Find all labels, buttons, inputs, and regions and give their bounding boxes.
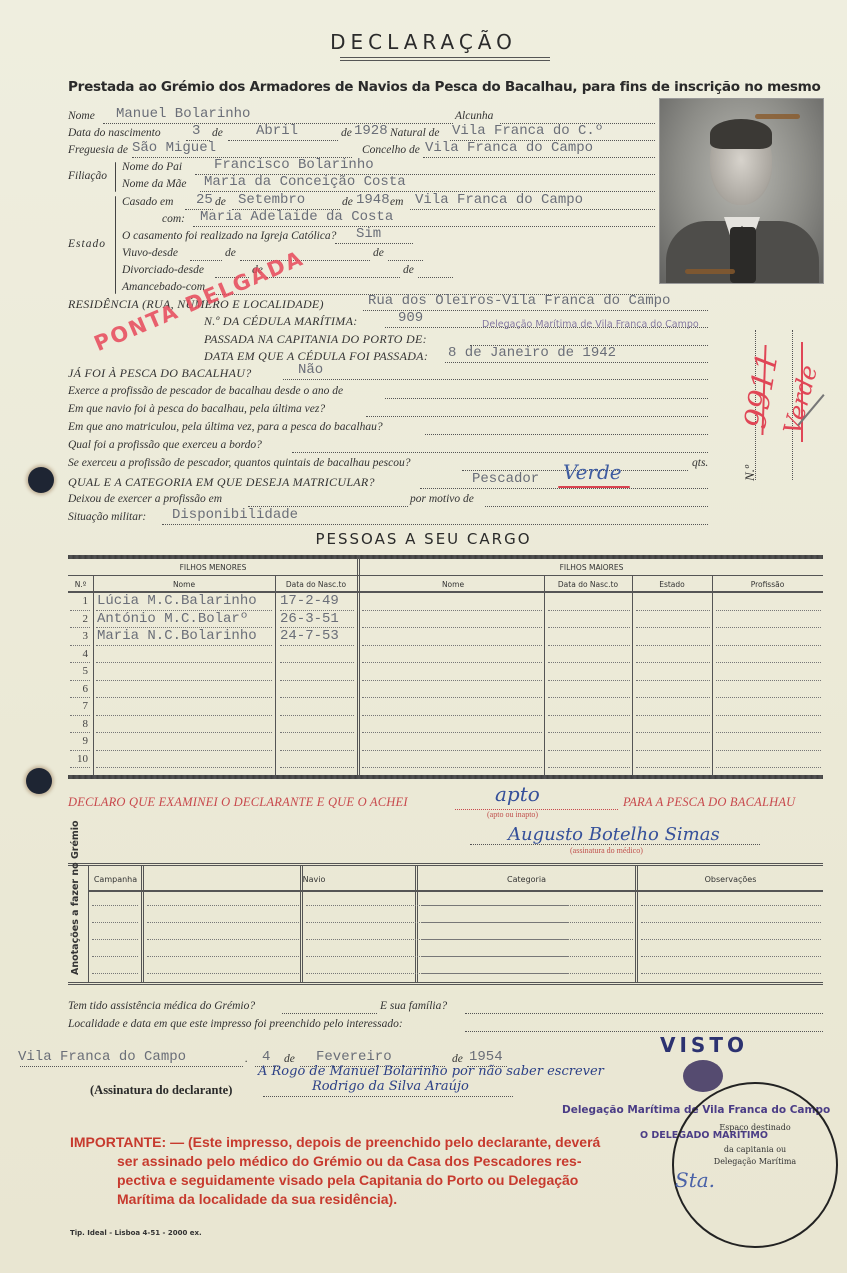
de-label: de [403, 264, 414, 276]
table-row-line[interactable] [636, 732, 710, 733]
table-row-line[interactable] [362, 645, 542, 646]
table-row-line[interactable] [362, 627, 542, 628]
freguesia-value: São Miguel [132, 140, 216, 156]
row-number: 10 [70, 753, 88, 765]
casado-dia: 25 [196, 192, 213, 208]
ja-foi-value: Não [298, 362, 323, 378]
assistencia-field[interactable] [282, 1000, 377, 1014]
militar-value: Disponibilidade [172, 507, 298, 523]
em-label: em [390, 196, 403, 208]
categoria-handwritten: Verde [563, 460, 622, 484]
table-row-line[interactable] [548, 627, 630, 628]
important-line: ser assinado pelo médico do Grémio ou da… [70, 1152, 660, 1171]
table-row-line[interactable] [548, 645, 630, 646]
natural-value: Vila Franca do C.º [452, 123, 603, 139]
form-subtitle: Prestada ao Grémio dos Armadores de Navi… [68, 79, 821, 95]
anotacao-row-line[interactable] [421, 956, 633, 957]
data-cedula-value: 8 de Janeiro de 1942 [448, 345, 616, 361]
familia-field[interactable] [465, 1000, 823, 1014]
table-row-line[interactable] [280, 680, 354, 681]
child-name: Lúcia M.C.Balarinho [97, 593, 257, 609]
anotacao-row-line[interactable] [92, 956, 138, 957]
anotacao-row-line[interactable] [641, 956, 821, 957]
punch-hole [28, 467, 54, 493]
red-underline [558, 486, 630, 488]
table-row-line[interactable] [636, 697, 710, 698]
table-row-line[interactable] [548, 610, 630, 611]
table-row-line[interactable] [362, 732, 542, 733]
table-row-line[interactable] [636, 645, 710, 646]
ano-field[interactable] [425, 421, 708, 435]
divorciado-label: Divorciado-desde [122, 264, 204, 276]
divorciado-ano-field[interactable] [418, 264, 453, 278]
separator: . [245, 1053, 248, 1065]
qts-label: qts. [692, 457, 708, 469]
table-row-line[interactable] [362, 680, 542, 681]
table-row-line[interactable] [548, 680, 630, 681]
col-divider [544, 575, 545, 775]
anotacao-row-line[interactable] [421, 939, 633, 940]
row-number: 5 [70, 665, 88, 677]
table-row-line[interactable] [70, 610, 90, 611]
bordo-label: Qual foi a profissão que exerceu a bordo… [68, 439, 262, 451]
igreja-value: Sim [356, 226, 381, 242]
table-row-line[interactable] [280, 715, 354, 716]
table-row-line[interactable] [280, 697, 354, 698]
table-row-line[interactable] [70, 697, 90, 698]
casado-label: Casado em [122, 196, 173, 208]
table-row-line[interactable] [70, 680, 90, 681]
navio-label: Em que navio foi à pesca do bacalhau, pe… [68, 403, 325, 415]
alcunha-label: Alcunha [455, 110, 493, 122]
de-label: de [341, 127, 352, 139]
delegado-signature: Sta. [675, 1168, 715, 1192]
categoria-label: QUAL E A CATEGORIA EM QUE DESEJA MATRICU… [68, 475, 375, 490]
table-row-line[interactable] [636, 767, 710, 768]
table-row-line[interactable] [548, 767, 630, 768]
pai-value: Francisco Bolarinho [214, 157, 374, 173]
table-row-line[interactable] [96, 715, 272, 716]
nascimento-label: Data do nascimento [68, 127, 161, 139]
concelho-value: Vila Franca do Campo [425, 140, 593, 156]
table-row-line[interactable] [96, 697, 272, 698]
motivo-field[interactable] [485, 493, 708, 507]
declarante-signature-line2: Rodrigo da Silva Araújo [312, 1079, 469, 1094]
table-row-line[interactable] [70, 645, 90, 646]
anotacao-row-line[interactable] [147, 956, 299, 957]
anotacao-row-line[interactable] [92, 922, 138, 923]
table-row-line[interactable] [96, 645, 272, 646]
ja-foi-label: JÁ FOI À PESCA DO BACALHAU? [68, 366, 252, 381]
table-row-line[interactable] [96, 680, 272, 681]
table-row-line[interactable] [636, 627, 710, 628]
nascimento-dia: 3 [192, 123, 200, 139]
title-underline [340, 57, 550, 61]
assistencia-label: Tem tido assistência médica do Grémio? [68, 1000, 255, 1012]
nome-value: Manuel Bolarinho [116, 106, 250, 122]
menores-title: FILHOS MENORES [68, 563, 358, 572]
estado-label: Estado [68, 238, 106, 250]
localidade-value-field[interactable] [20, 1053, 243, 1067]
table-row-line[interactable] [636, 662, 710, 663]
thick-rule [68, 775, 823, 779]
familia-label: E sua família? [380, 1000, 447, 1012]
motivo-label: por motivo de [410, 493, 474, 505]
espaco-line: da capitania ou [672, 1145, 838, 1154]
nome-label: Nome [68, 110, 95, 122]
maiores-title: FILHOS MAIORES [360, 563, 823, 572]
medico-signature-hint: (assinatura do médico) [570, 846, 643, 855]
anotacao-row-line[interactable] [147, 939, 299, 940]
mae-label: Nome da Mãe [122, 178, 187, 190]
filiacao-label: Filiação [68, 170, 107, 182]
table-row-line[interactable] [280, 732, 354, 733]
deixou-label: Deixou de exercer a profissão em [68, 493, 222, 505]
freguesia-label: Freguesia de [68, 144, 128, 156]
nascimento-mes: Abril [256, 123, 298, 139]
child-birthdate: 17-2-49 [280, 593, 339, 609]
row-number: 2 [70, 613, 88, 625]
anotacao-row-line[interactable] [641, 973, 821, 974]
table-row-line[interactable] [96, 767, 272, 768]
espaco-line: Delegação Marítima [672, 1157, 838, 1166]
navio-field[interactable] [366, 403, 708, 417]
table-row-line[interactable] [70, 715, 90, 716]
table-rule [68, 982, 823, 985]
anotacao-row-line[interactable] [421, 905, 633, 906]
militar-label: Situação militar: [68, 511, 146, 523]
anotacao-row-line[interactable] [92, 905, 138, 906]
table-row-line[interactable] [362, 662, 542, 663]
table-row-line[interactable] [70, 767, 90, 768]
ink-seal-blot [683, 1060, 723, 1092]
viuvo-ano-field[interactable] [388, 247, 423, 261]
child-name: Maria N.C.Bolarinho [97, 628, 257, 644]
row-number: 3 [70, 630, 88, 642]
quintais-label: Se exerceu a profissão de pescador, quan… [68, 457, 411, 469]
table-rule [88, 890, 823, 892]
com-value: Maria Adelaide da Costa [200, 209, 393, 225]
table-row-line[interactable] [636, 680, 710, 681]
table-rule [68, 863, 823, 866]
bordo-field[interactable] [292, 439, 708, 453]
anotacao-row-line[interactable] [641, 939, 821, 940]
table-row-line[interactable] [548, 732, 630, 733]
table-row-line[interactable] [362, 715, 542, 716]
anotacao-row-line[interactable] [421, 973, 633, 974]
visto-stamp: VISTO [660, 1033, 748, 1057]
col-header: Nome [362, 580, 544, 589]
exerce-field[interactable] [385, 385, 708, 399]
residencia-value: Rua dos Oleiros-Vila Franca do Campo [368, 293, 670, 309]
anotacao-row-line[interactable] [147, 922, 299, 923]
table-row-line[interactable] [716, 680, 821, 681]
anotacao-row-line[interactable] [641, 905, 821, 906]
declarante-signature-line1: A Rogo de Manuel Bolarinho por não saber… [258, 1064, 604, 1079]
cedula-value: 909 [398, 310, 423, 326]
table-row-line[interactable] [96, 750, 272, 751]
table-row-line[interactable] [716, 767, 821, 768]
table-row-line[interactable] [548, 715, 630, 716]
table-row-line[interactable] [362, 767, 542, 768]
col-header: Profissão [712, 580, 823, 589]
col-header: Campanha [88, 875, 143, 884]
col-divider [632, 575, 633, 775]
table-row-line[interactable] [636, 750, 710, 751]
anotacao-row-line[interactable] [641, 922, 821, 923]
table-row-line[interactable] [362, 697, 542, 698]
table-row-line[interactable] [716, 750, 821, 751]
pessoas-title: PESSOAS A SEU CARGO [0, 530, 847, 548]
casado-ano: 1948 [356, 192, 390, 208]
row-number: 9 [70, 735, 88, 747]
cedula-label: N.º DA CÉDULA MARÍTIMA: [204, 314, 358, 329]
anotacao-row-line[interactable] [147, 973, 299, 974]
table-row-line[interactable] [716, 610, 821, 611]
thick-rule [68, 555, 823, 559]
dia-value: 4 [262, 1049, 270, 1065]
table-row-line[interactable] [96, 662, 272, 663]
row-number: 7 [70, 700, 88, 712]
alcunha-field[interactable] [500, 110, 655, 124]
table-row-line[interactable] [70, 662, 90, 663]
table-row-line[interactable] [280, 645, 354, 646]
col-divider [712, 575, 713, 775]
categoria-value: Pescador [472, 471, 539, 487]
table-row-line[interactable] [362, 610, 542, 611]
mae-value: Maria da Conceição Costa [204, 174, 406, 190]
punch-hole [26, 768, 52, 794]
table-row-line[interactable] [96, 732, 272, 733]
apto-hint: (apto ou inapto) [487, 810, 538, 819]
red-mark [801, 342, 803, 442]
concelho-label: Concelho de [362, 144, 420, 156]
declaro-label: DECLARO QUE EXAMINEI O DECLARANTE E QUE … [68, 795, 408, 810]
table-row-line[interactable] [70, 732, 90, 733]
de-label: de [212, 127, 223, 139]
table-row-line[interactable] [716, 627, 821, 628]
table-row-line[interactable] [548, 750, 630, 751]
child-name: António M.C.Bolarº [97, 611, 248, 627]
important-notice: IMPORTANTE: — (Este impresso, depois de … [70, 1133, 660, 1209]
exerce-label: Exerce a profissão de pescador de bacalh… [68, 385, 343, 397]
assinatura-declarante-label: (Assinatura do declarante) [90, 1083, 232, 1098]
table-row-line[interactable] [70, 750, 90, 751]
pai-label: Nome do Pai [122, 161, 182, 173]
applicant-photo [659, 98, 824, 284]
table-row-line[interactable] [548, 662, 630, 663]
capitania-stamp: Delegação Marítima de Vila Franca do Cam… [482, 319, 699, 330]
apto-handwritten: apto [495, 782, 540, 806]
de-label: de [342, 196, 353, 208]
col-header: Observações [638, 875, 823, 884]
col-divider [93, 575, 94, 775]
ano-value: 1954 [469, 1049, 503, 1065]
page-title: DECLARAÇÃO [0, 30, 847, 54]
col-header: Nome [93, 580, 275, 589]
casado-local: Vila Franca do Campo [415, 192, 583, 208]
anotacao-row-line[interactable] [421, 922, 633, 923]
col-header: Data do Nasc.to [275, 580, 357, 589]
de-label: de [225, 247, 236, 259]
espaco-line: Espaço destinado [672, 1123, 838, 1132]
localidade-field[interactable] [465, 1018, 823, 1032]
mes-value: Fevereiro [316, 1049, 392, 1065]
important-line: pectiva e seguidamente visado pela Capit… [70, 1171, 660, 1190]
anotacao-row-line[interactable] [92, 939, 138, 940]
col-header: N.º [68, 580, 93, 589]
viuvo-dia-field[interactable] [190, 247, 222, 261]
nascimento-ano: 1928 [354, 123, 388, 139]
table-row-line[interactable] [362, 750, 542, 751]
de-label: de [373, 247, 384, 259]
viuvo-label: Viuvo-desde [122, 247, 178, 259]
table-row-line[interactable] [280, 767, 354, 768]
col-header: Estado [632, 580, 712, 589]
brace [115, 162, 116, 192]
row-number: 8 [70, 718, 88, 730]
row-number: 1 [70, 595, 88, 607]
table-row-line[interactable] [716, 715, 821, 716]
col-header: Data do Nasc.to [544, 580, 632, 589]
capitania-label: PASSADA NA CAPITANIA DO PORTO DE: [204, 332, 427, 347]
printer-footer: Tip. Ideal - Lisboa 4-51 - 2000 ex. [70, 1229, 202, 1237]
natural-label: Natural de [390, 127, 440, 139]
igreja-label: O casamento foi realizado na Igreja Cató… [122, 230, 336, 242]
table-row-line[interactable] [636, 610, 710, 611]
important-line: Marítima da localidade da sua residência… [70, 1190, 660, 1209]
viuvo-mes-field[interactable] [240, 247, 370, 261]
col-header: Categoria [418, 875, 635, 884]
anotacao-row-line[interactable] [147, 905, 299, 906]
table-row-line[interactable] [716, 697, 821, 698]
anotacao-row-line[interactable] [92, 973, 138, 974]
para-label: PARA A PESCA DO BACALHAU [623, 795, 795, 810]
table-row-line[interactable] [280, 662, 354, 663]
table-row-line[interactable] [716, 645, 821, 646]
row-number: 6 [70, 683, 88, 695]
capitania-field[interactable] [470, 332, 708, 346]
side-no-label: N.º [742, 465, 758, 481]
row-number: 4 [70, 648, 88, 660]
com-label: com: [162, 213, 185, 225]
ja-foi-field[interactable] [283, 366, 708, 380]
child-birthdate: 24-7-53 [280, 628, 339, 644]
table-row-line[interactable] [716, 662, 821, 663]
ano-label: Em que ano matriculou, pela última vez, … [68, 421, 383, 433]
col-divider [357, 555, 360, 775]
anotacoes-vertical-label: Anotações a fazer no Grémio [70, 820, 81, 975]
localidade-label: Localidade e data em que este impresso f… [68, 1018, 403, 1030]
brace [115, 196, 116, 294]
medico-signature-field[interactable] [470, 835, 760, 845]
table-row-line[interactable] [70, 627, 90, 628]
casado-mes: Setembro [238, 192, 305, 208]
col-divider [275, 575, 276, 775]
deixou-field[interactable] [248, 493, 408, 507]
important-line: IMPORTANTE: — (Este impresso, depois de … [70, 1134, 600, 1150]
child-birthdate: 26-3-51 [280, 611, 339, 627]
table-row-line[interactable] [280, 750, 354, 751]
declaration-form-page: DECLARAÇÃO Prestada ao Grémio dos Armado… [0, 0, 847, 1273]
table-rule [68, 575, 823, 576]
table-row-line[interactable] [636, 715, 710, 716]
de-label: de [215, 196, 226, 208]
table-row-line[interactable] [548, 697, 630, 698]
table-row-line[interactable] [716, 732, 821, 733]
